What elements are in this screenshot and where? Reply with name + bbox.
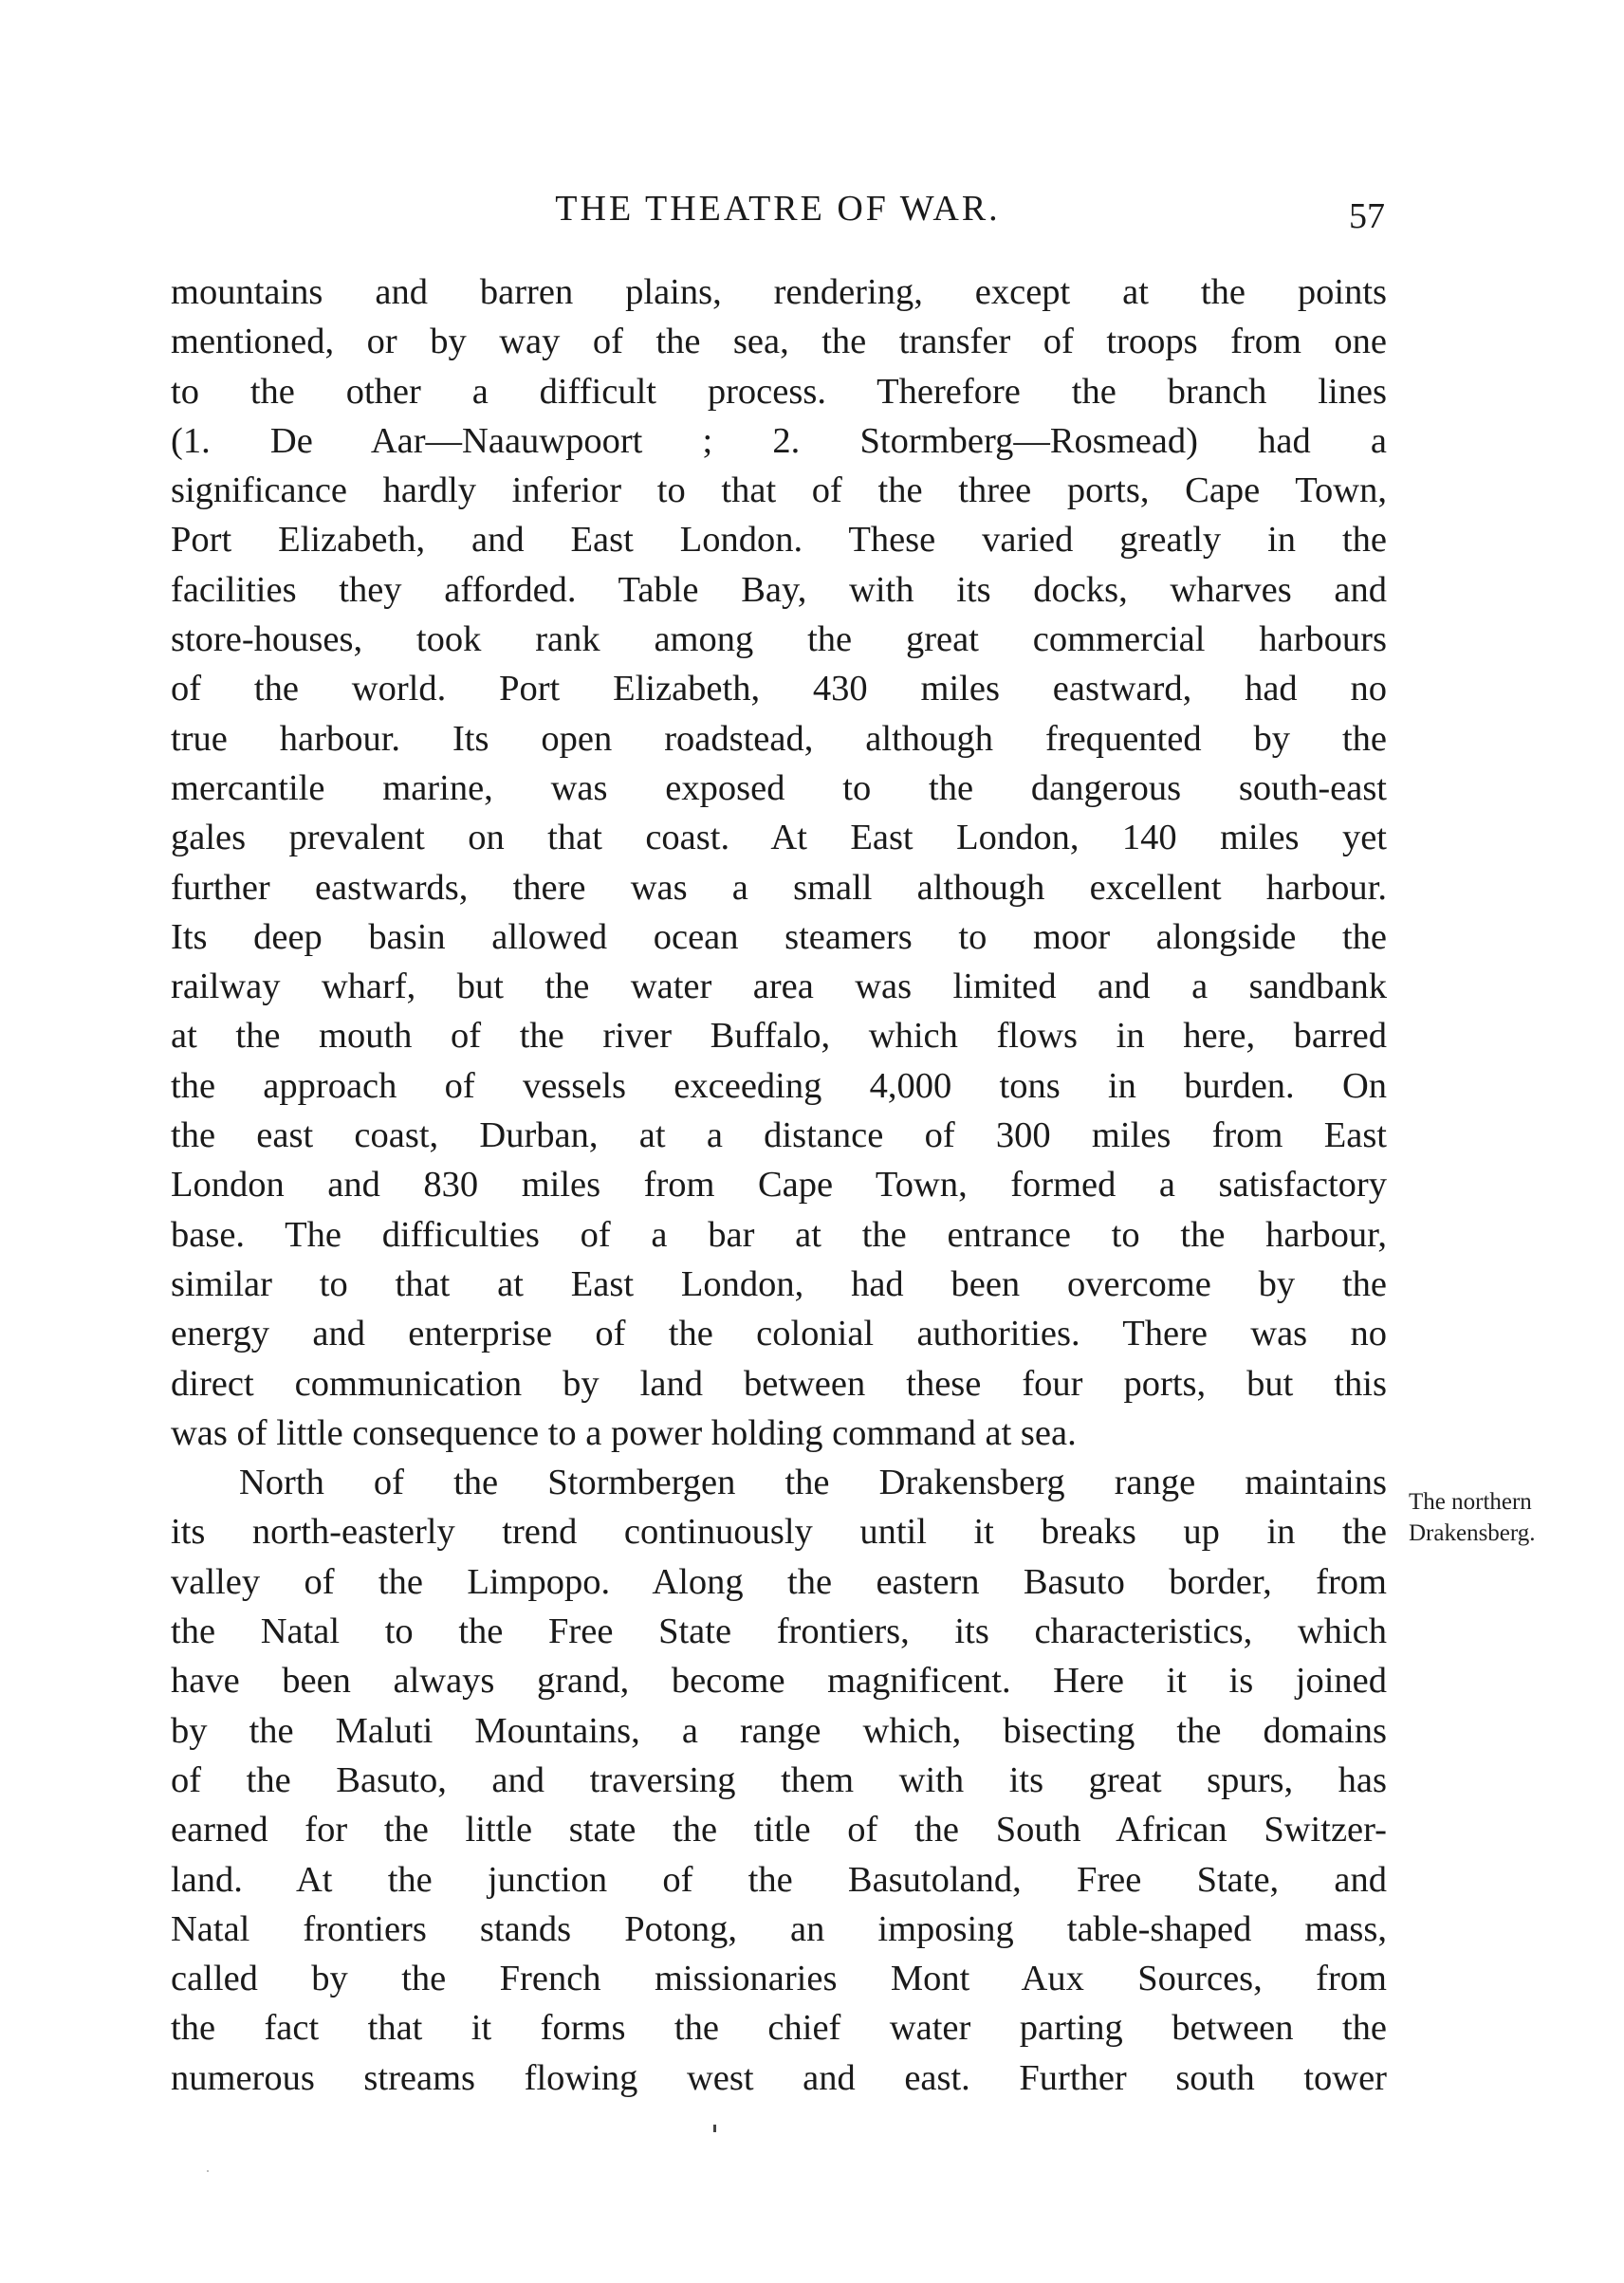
text-line: called by the French missionaries Mont A… bbox=[171, 1954, 1387, 2003]
text-line: true harbour. Its open roadstead, althou… bbox=[171, 714, 1387, 764]
margin-note-line: The northern bbox=[1409, 1486, 1598, 1518]
text-line: significance hardly inferior to that of … bbox=[171, 466, 1387, 515]
text-line: have been always grand, become magnifice… bbox=[171, 1656, 1387, 1705]
text-line: gales prevalent on that coast. At East L… bbox=[171, 813, 1387, 862]
text-line: facilities they afforded. Table Bay, wit… bbox=[171, 565, 1387, 615]
text-line: direct communication by land between the… bbox=[171, 1359, 1387, 1408]
text-line: Its deep basin allowed ocean steamers to… bbox=[171, 912, 1387, 962]
text-line: base. The difficulties of a bar at the e… bbox=[171, 1210, 1387, 1260]
text-line: by the Maluti Mountains, a range which, … bbox=[171, 1706, 1387, 1756]
text-line: Port Elizabeth, and East London. These v… bbox=[171, 515, 1387, 564]
margin-note-line: Drakensberg. bbox=[1409, 1518, 1598, 1549]
text-line: at the mouth of the river Buffalo, which… bbox=[171, 1011, 1387, 1060]
text-line: the approach of vessels exceeding 4,000 … bbox=[171, 1061, 1387, 1111]
text-line: land. At the junction of the Basutoland,… bbox=[171, 1855, 1387, 1905]
page-number: 57 bbox=[1349, 195, 1385, 237]
text-line: the Natal to the Free State frontiers, i… bbox=[171, 1607, 1387, 1656]
running-head: THE THEATRE OF WAR. 57 bbox=[171, 188, 1385, 245]
text-line: valley of the Limpopo. Along the eastern… bbox=[171, 1557, 1387, 1607]
text-line: the fact that it forms the chief water p… bbox=[171, 2003, 1387, 2053]
text-line: of the world. Port Elizabeth, 430 miles … bbox=[171, 664, 1387, 713]
text-line: numerous streams flowing west and east. … bbox=[171, 2053, 1387, 2103]
scan-speck bbox=[713, 2125, 716, 2132]
text-line: London and 830 miles from Cape Town, for… bbox=[171, 1160, 1387, 1209]
text-line: mercantile marine, was exposed to the da… bbox=[171, 764, 1387, 813]
paragraph-1: mountains and barren plains, rendering, … bbox=[171, 267, 1387, 1458]
text-line: Natal frontiers stands Potong, an imposi… bbox=[171, 1905, 1387, 1954]
text-line: mentioned, or by way of the sea, the tra… bbox=[171, 317, 1387, 366]
scan-speck bbox=[207, 2170, 209, 2172]
text-line: was of little consequence to a power hol… bbox=[171, 1408, 1387, 1458]
text-line: to the other a difficult process. Theref… bbox=[171, 367, 1387, 416]
body-text: mountains and barren plains, rendering, … bbox=[171, 267, 1387, 2103]
text-line: energy and enterprise of the colonial au… bbox=[171, 1309, 1387, 1358]
text-line: railway wharf, but the water area was li… bbox=[171, 962, 1387, 1011]
text-line: mountains and barren plains, rendering, … bbox=[171, 267, 1387, 317]
text-line: further eastwards, there was a small alt… bbox=[171, 863, 1387, 912]
text-line: (1. De Aar—Naauwpoort ; 2. Stormberg—Ros… bbox=[171, 416, 1387, 466]
running-title: THE THEATRE OF WAR. bbox=[171, 188, 1385, 230]
text-line: the east coast, Durban, at a distance of… bbox=[171, 1111, 1387, 1160]
text-line: similar to that at East London, had been… bbox=[171, 1260, 1387, 1309]
text-line: earned for the little state the title of… bbox=[171, 1805, 1387, 1854]
text-line: store-houses, took rank among the great … bbox=[171, 615, 1387, 664]
paragraph-2: North of the Stormbergen the Drakensberg… bbox=[171, 1458, 1387, 2103]
text-line: its north-easterly trend continuously un… bbox=[171, 1507, 1387, 1556]
text-line: North of the Stormbergen the Drakensberg… bbox=[171, 1458, 1387, 1507]
margin-note: The northern Drakensberg. bbox=[1409, 1486, 1598, 1549]
text-line: of the Basuto, and traversing them with … bbox=[171, 1756, 1387, 1805]
